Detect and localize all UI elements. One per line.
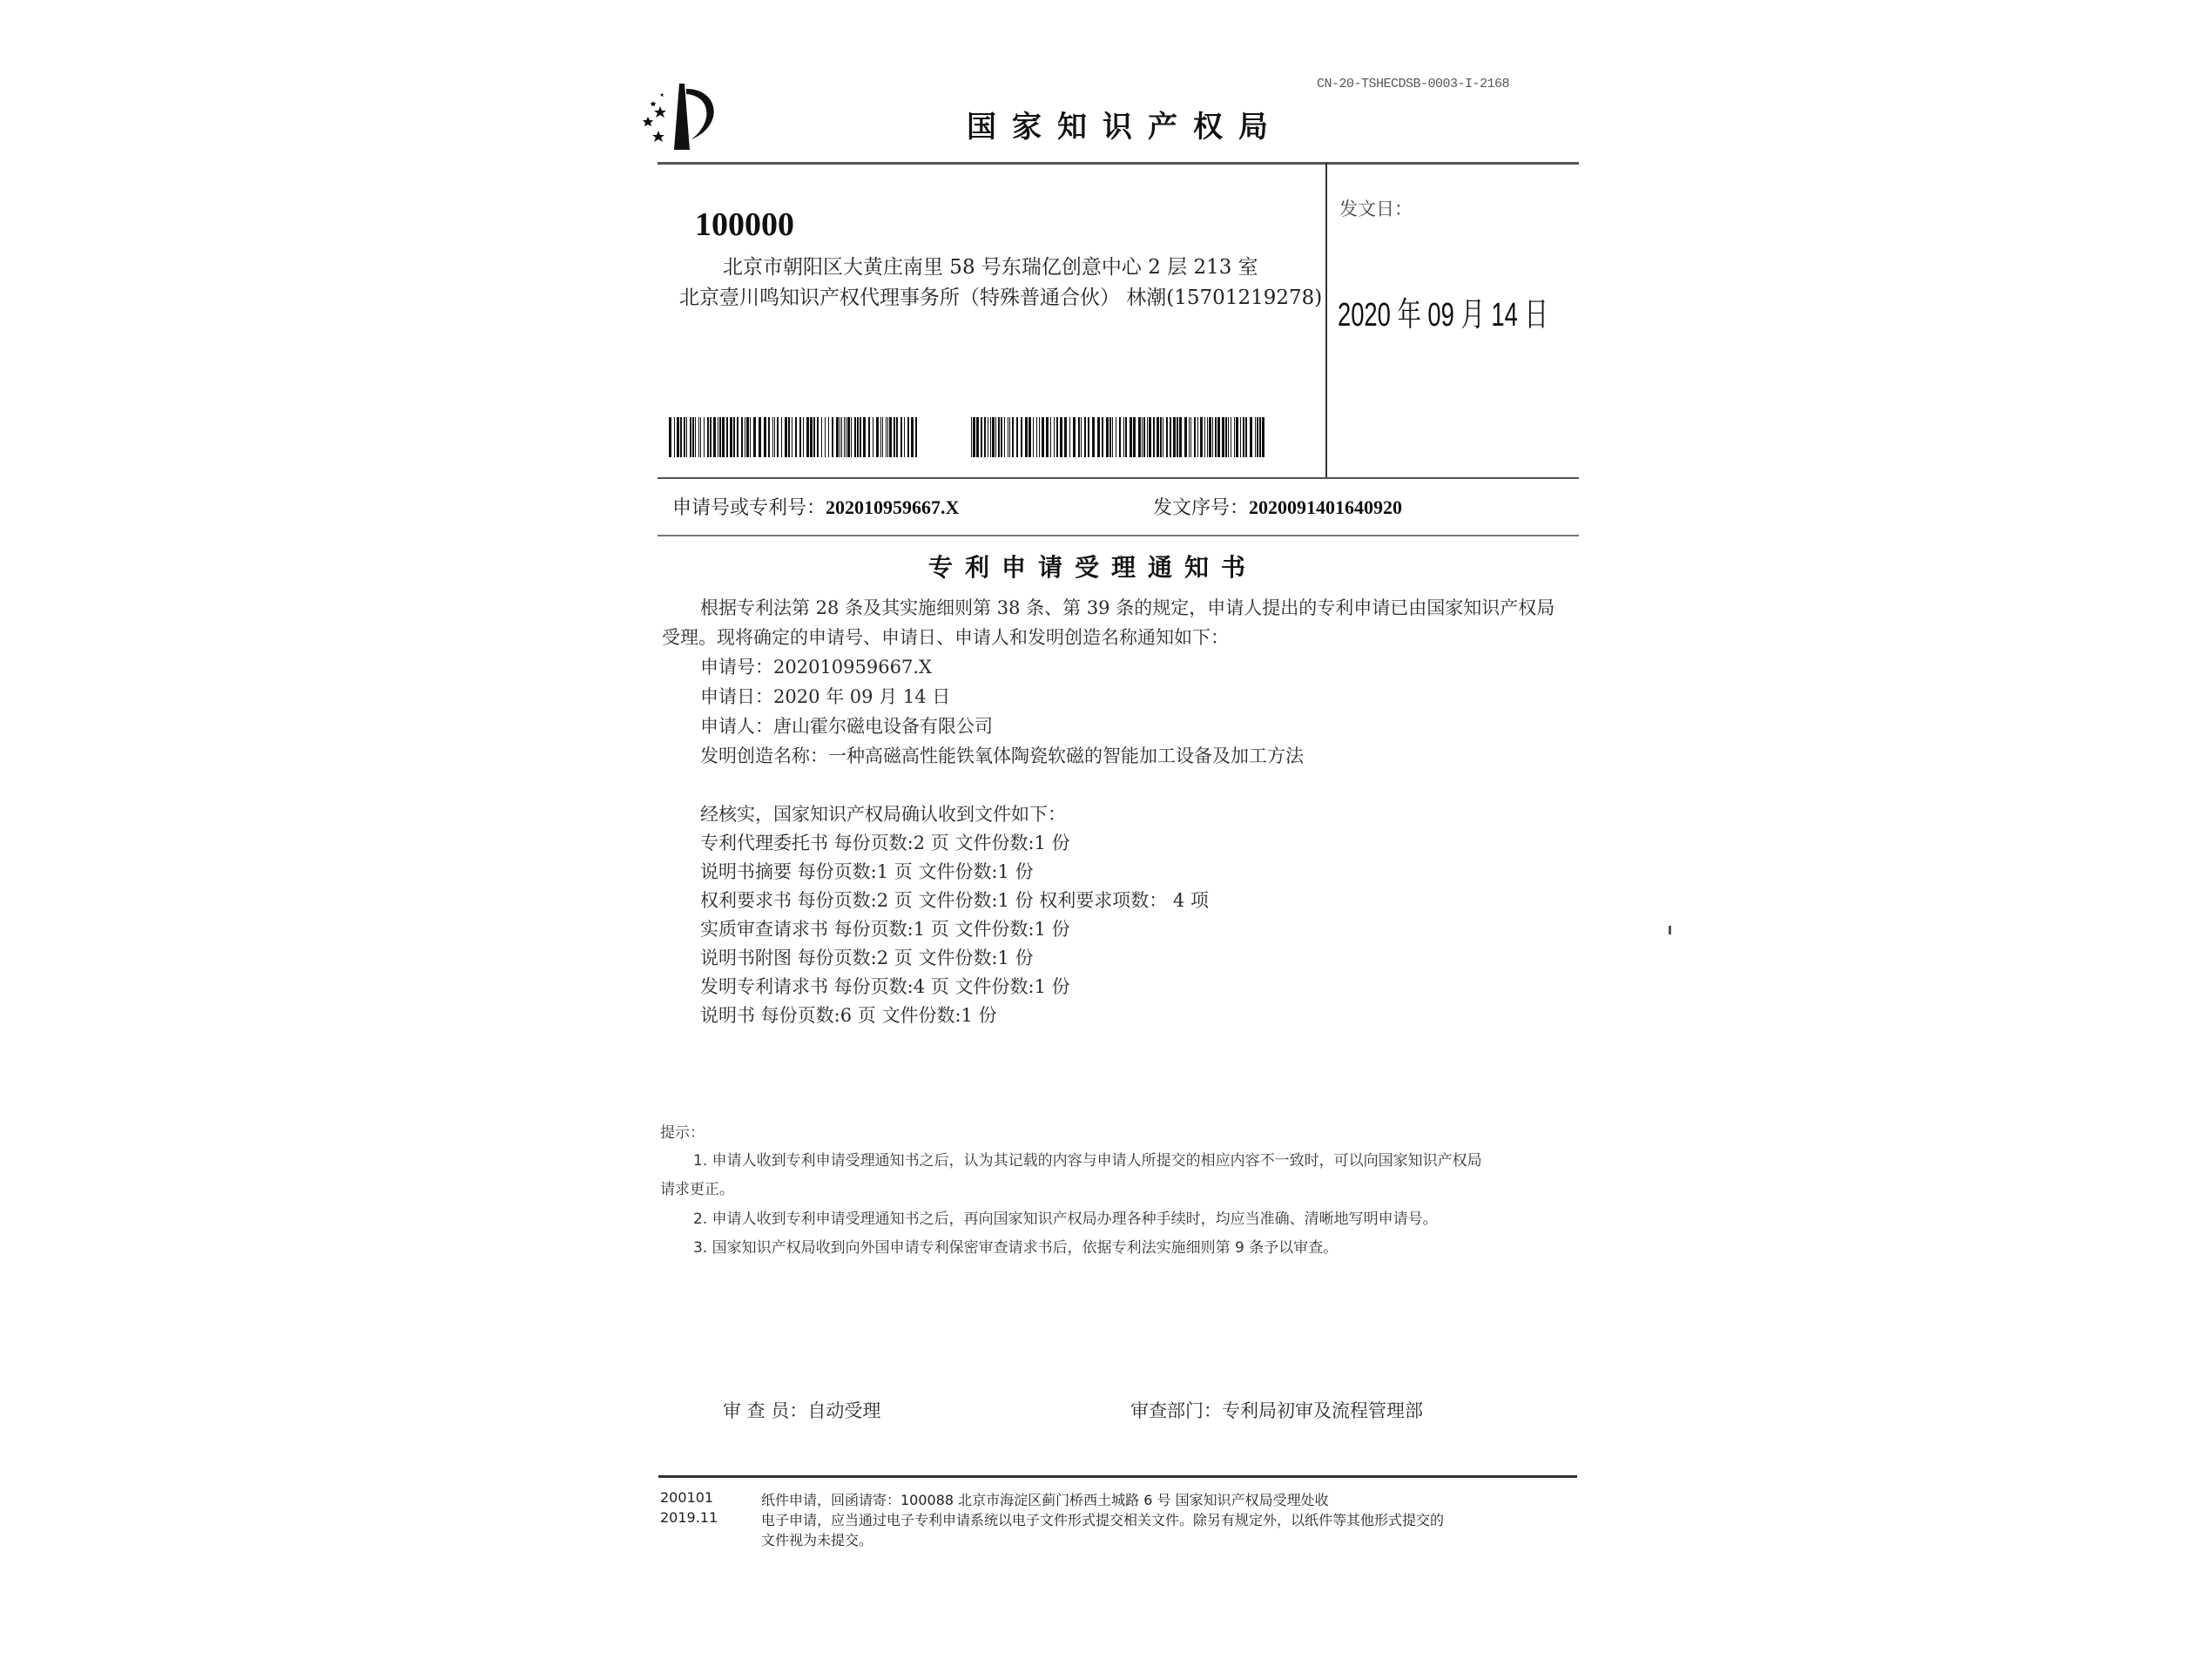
- department: 审查部门：专利局初审及流程管理部: [1130, 1397, 1423, 1423]
- barcode-bar: [1102, 417, 1103, 457]
- barcode-bar: [863, 417, 866, 457]
- barcode-bar: [860, 417, 861, 457]
- barcode-bar: [1016, 417, 1018, 457]
- barcode-bar: [1088, 417, 1089, 457]
- barcode-bar: [759, 417, 761, 457]
- barcode-bar: [746, 417, 749, 457]
- barcode-bar: [1262, 417, 1264, 457]
- barcode-bar: [698, 417, 699, 457]
- barcode-bar: [1036, 417, 1037, 457]
- top-rule: [658, 162, 1579, 165]
- barcode-bar: [1250, 417, 1252, 457]
- barcode-bar: [992, 417, 995, 457]
- document-item: 实质审查请求书 每份页数:1 页 文件份数:1 份: [700, 915, 1070, 941]
- issue-date-label: 发文日：: [1339, 195, 1413, 221]
- notice-paragraph-line-1: 根据专利法第 28 条及其实施细则第 38 条、第 39 条的规定，申请人提出的…: [700, 594, 1554, 620]
- barcode-bar: [857, 417, 859, 457]
- barcode-bar: [847, 417, 850, 457]
- barcode-bar: [1149, 417, 1151, 457]
- cnipa-logo-icon: [641, 82, 725, 153]
- barcode-bar: [792, 417, 792, 457]
- hint-3: 3. 国家知识产权局收到向外国申请专利保密审查请求书后，依据专利法实施细则第 9…: [693, 1235, 1338, 1257]
- barcode-bar: [700, 417, 701, 457]
- examiner-label: 审 查 员：: [723, 1400, 807, 1421]
- barcode-bar: [988, 417, 988, 457]
- barcode-postcode: [669, 417, 920, 457]
- document-code: CN-20-TSHECDSB-0003-I-2168: [1317, 77, 1509, 91]
- barcode-bar: [873, 417, 873, 457]
- barcode-bar: [722, 417, 725, 457]
- barcode-bar: [799, 417, 801, 457]
- scan-mark: [1669, 926, 1671, 934]
- document-item: 发明专利请求书 每份页数:4 页 文件份数:1 份: [700, 973, 1070, 999]
- barcode-bar: [745, 417, 745, 457]
- barcode-bar: [1112, 417, 1113, 457]
- barcode-bar: [1092, 417, 1095, 457]
- barcode-bar: [817, 417, 819, 457]
- barcode-bar: [828, 417, 829, 457]
- barcode-bar: [1184, 417, 1187, 457]
- form-version: 2019.11: [660, 1509, 718, 1526]
- barcode-bar: [718, 417, 718, 457]
- department-value: 专利局初审及流程管理部: [1222, 1400, 1423, 1421]
- document-item: 说明书附图 每份页数:2 页 文件份数:1 份: [700, 944, 1034, 970]
- barcode-bar: [911, 417, 914, 457]
- barcode-bar: [1142, 417, 1143, 457]
- hints-title: 提示：: [660, 1120, 705, 1142]
- barcode-bar: [1200, 417, 1203, 457]
- document-item: 说明书 每份页数:6 页 文件份数:1 份: [700, 1001, 997, 1028]
- department-label: 审查部门：: [1130, 1400, 1222, 1421]
- document-item: 说明书摘要 每份页数:1 页 文件份数:1 份: [700, 858, 1034, 884]
- barcode-bar: [1056, 417, 1058, 457]
- barcode-bar: [1179, 417, 1182, 457]
- mid-rule-2: [658, 535, 1579, 536]
- field-application-number: 申请号：202010959667.X: [700, 653, 932, 679]
- barcode-bar: [1190, 417, 1191, 457]
- field-label: 申请号：: [700, 657, 773, 678]
- barcode-bar: [777, 417, 779, 457]
- barcode-bar: [1255, 417, 1256, 457]
- barcode-bar: [772, 417, 773, 457]
- barcode-bar: [900, 417, 902, 457]
- barcode-bar: [984, 417, 986, 457]
- barcode-bar: [1153, 417, 1155, 457]
- barcode-bar: [886, 417, 887, 457]
- barcode-bar: [750, 417, 751, 457]
- barcode-bar: [1025, 417, 1028, 457]
- barcode-bar: [733, 417, 735, 457]
- barcode-bar: [684, 417, 685, 457]
- barcode-bar: [1234, 417, 1235, 457]
- barcode-bar: [795, 417, 797, 457]
- field-label: 申请日：: [700, 686, 773, 707]
- barcode-bar: [971, 417, 972, 457]
- barcode-bar: [680, 417, 682, 457]
- barcode-bar: [686, 417, 687, 457]
- barcode-bar: [1097, 417, 1100, 457]
- barcode-bar: [1197, 417, 1198, 457]
- barcode-bar: [669, 417, 671, 457]
- barcode-bar: [1231, 417, 1231, 457]
- barcode-bar: [825, 417, 826, 457]
- barcode-bar: [1257, 417, 1258, 457]
- footer-line-1: 纸件申请，回函请寄：100088 北京市海淀区蓟门桥西土城路 6 号 国家知识产…: [761, 1489, 1329, 1509]
- barcode-bar: [841, 417, 842, 457]
- mid-rule-1: [658, 477, 1579, 479]
- footer-line-3: 文件视为未提交。: [761, 1529, 873, 1549]
- barcode-bar: [1008, 417, 1008, 457]
- barcode-bar: [846, 417, 846, 457]
- barcode-bar: [851, 417, 852, 457]
- barcode-bar: [876, 417, 879, 457]
- barcode-bar: [1157, 417, 1159, 457]
- field-label: 发明创造名称：: [700, 745, 828, 766]
- application-number-label: 申请号或专利号：: [672, 497, 826, 519]
- barcode-bar: [1064, 417, 1067, 457]
- barcode-bar: [810, 417, 813, 457]
- header-divider: [1325, 163, 1327, 478]
- barcode-bar: [1060, 417, 1062, 457]
- barcode-bar: [1138, 417, 1141, 457]
- footer-line-2: 电子申请，应当通过电子专利申请系统以电子文件形式提交相关文件。除另有规定外，以纸…: [761, 1509, 1444, 1529]
- barcode-bar: [1084, 417, 1086, 457]
- barcode-bar: [1028, 417, 1031, 457]
- barcode-bar: [1245, 417, 1247, 457]
- hint-1-line-2: 请求更正。: [660, 1177, 734, 1198]
- barcode-bar: [692, 417, 694, 457]
- barcode-bar: [1009, 417, 1010, 457]
- barcode-bar: [1207, 417, 1208, 457]
- hint-2: 2. 申请人收到专利申请受理通知书之后，再向国家知识产权局办理各种手续时，均应当…: [693, 1206, 1438, 1228]
- barcode-bar: [973, 417, 975, 457]
- barcode-bar: [1189, 417, 1190, 457]
- barcode-bar: [1236, 417, 1238, 457]
- barcode-bar: [887, 417, 888, 457]
- barcode-bar: [1050, 417, 1051, 457]
- barcode-bar: [719, 417, 721, 457]
- barcode-bar: [907, 417, 909, 457]
- barcode-bar: [1243, 417, 1244, 457]
- barcode-bar: [1130, 417, 1132, 457]
- notice-paragraph-line-2: 受理。现将确定的申请号、申请日、申请人和发明创造名称通知如下：: [662, 624, 1229, 650]
- barcode-bar: [781, 417, 782, 457]
- barcode-bar: [764, 417, 766, 457]
- barcode-bar: [882, 417, 883, 457]
- barcode-bar: [695, 417, 696, 457]
- barcode-bar: [1012, 417, 1014, 457]
- barcode-bar: [741, 417, 743, 457]
- barcode-bar: [713, 417, 716, 457]
- serial-number-label: 发文序号：: [1153, 497, 1249, 519]
- recipient-address: 北京市朝阳区大黄庄南里 58 号东瑞亿创意中心 2 层 213 室: [723, 251, 1258, 280]
- barcode-bar: [1160, 417, 1162, 457]
- application-number: 202010959667.X: [826, 496, 959, 518]
- barcode-bar: [730, 417, 732, 457]
- barcode-bar: [1173, 417, 1176, 457]
- barcode-bar: [677, 417, 679, 457]
- barcode-bar: [1194, 417, 1196, 457]
- barcode-bar: [1046, 417, 1049, 457]
- barcode-bar: [707, 417, 709, 457]
- barcode-bar: [1204, 417, 1205, 457]
- barcode-bar: [1170, 417, 1171, 457]
- barcode-bar: [976, 417, 979, 457]
- barcode-bar: [998, 417, 1000, 457]
- barcode-bar: [832, 417, 833, 457]
- document-item: 权利要求书 每份页数:2 页 文件份数:1 份 权利要求项数： 4 项: [700, 887, 1209, 913]
- barcode-bar: [840, 417, 841, 457]
- barcode-bar: [1166, 417, 1168, 457]
- barcode-bar: [737, 417, 738, 457]
- barcode-bar: [1001, 417, 1002, 457]
- recipient-agency: 北京壹川鸣知识产权代理事务所（特殊普通合伙） 林潮(15701219278): [679, 281, 1322, 310]
- barcode-bar: [1004, 417, 1005, 457]
- issue-date: 2020 年 09 月 14 日: [1338, 287, 1548, 335]
- field-invention-title: 发明创造名称：一种高磁高性能铁氧体陶瓷软磁的智能加工设备及加工方法: [700, 742, 1304, 768]
- field-value: 2020 年 09 月 14 日: [773, 686, 950, 707]
- hint-1-line-1: 1. 申请人收到专利申请受理通知书之后，认为其记载的内容与申请人所提交的相应内容…: [693, 1148, 1482, 1170]
- barcode-bar: [1222, 417, 1224, 457]
- barcode-bar: [803, 417, 804, 457]
- barcode-bar: [813, 417, 815, 457]
- serial-number: 2020091401640920: [1249, 496, 1402, 518]
- barcode-bar: [1163, 417, 1163, 457]
- barcode-bar: [1116, 417, 1116, 457]
- barcode-bar: [880, 417, 881, 457]
- barcode-bar: [990, 417, 991, 457]
- barcode-bar: [1039, 417, 1040, 457]
- barcode-bar: [1133, 417, 1136, 457]
- barcode-bar: [768, 417, 770, 457]
- barcode-bar: [1109, 417, 1111, 457]
- barcode-bar: [1073, 417, 1076, 457]
- field-value: 一种高磁高性能铁氧体陶瓷软磁的智能加工设备及加工方法: [828, 745, 1304, 766]
- barcode-bar: [1069, 417, 1070, 457]
- barcode-bar: [806, 417, 809, 457]
- examiner: 审 查 员：自动受理: [723, 1397, 880, 1423]
- document-item: 专利代理委托书 每份页数:2 页 文件份数:1 份: [700, 829, 1070, 855]
- form-code: 200101: [660, 1489, 713, 1506]
- barcode-bar: [1259, 417, 1261, 457]
- barcode-bar: [774, 417, 775, 457]
- barcode-bar: [1033, 417, 1034, 457]
- barcode-bar: [1240, 417, 1241, 457]
- field-application-date: 申请日：2020 年 09 月 14 日: [700, 683, 950, 709]
- barcode-bar: [1125, 417, 1127, 457]
- field-value: 202010959667.X: [773, 657, 932, 678]
- field-applicant: 申请人：唐山霍尔磁电设备有限公司: [700, 712, 993, 738]
- barcode-bar: [726, 417, 728, 457]
- barcode-bar: [1177, 417, 1178, 457]
- barcode-bar: [915, 417, 917, 457]
- barcode-bar: [889, 417, 892, 457]
- barcode-bar: [1209, 417, 1211, 457]
- barcode-bar: [674, 417, 675, 457]
- recipient-postcode: 100000: [695, 206, 794, 244]
- barcode-bar: [836, 417, 839, 457]
- barcode-bar: [1119, 417, 1121, 457]
- barcode-bar: [844, 417, 845, 457]
- barcode-bar: [1106, 417, 1109, 457]
- application-number-row: 申请号或专利号：202010959667.X: [672, 493, 959, 520]
- barcode-serial: [971, 417, 1267, 457]
- barcode-bar: [710, 417, 711, 457]
- barcode-bar: [704, 417, 705, 457]
- notice-title: 专利申请受理通知书: [928, 549, 1258, 583]
- barcode-bar: [785, 417, 787, 457]
- footer-rule: [658, 1475, 1577, 1478]
- barcode-bar: [995, 417, 996, 457]
- barcode-bar: [753, 417, 756, 457]
- barcode-bar: [821, 417, 822, 457]
- barcode-bar: [904, 417, 905, 457]
- agency-name: 国家知识产权局: [967, 103, 1284, 145]
- barcode-bar: [1078, 417, 1080, 457]
- barcode-bar: [1217, 417, 1220, 457]
- barcode-bar: [1215, 417, 1217, 457]
- barcode-bar: [981, 417, 982, 457]
- examiner-value: 自动受理: [807, 1400, 880, 1421]
- barcode-bar: [1225, 417, 1227, 457]
- barcode-bar: [788, 417, 790, 457]
- field-value: 唐山霍尔磁电设备有限公司: [773, 716, 993, 737]
- barcode-bar: [1123, 417, 1124, 457]
- barcode-bar: [1042, 417, 1044, 457]
- barcode-bar: [868, 417, 870, 457]
- barcode-bar: [1143, 417, 1145, 457]
- barcode-bar: [1054, 417, 1055, 457]
- barcode-bar: [896, 417, 898, 457]
- field-label: 申请人：: [700, 716, 773, 737]
- barcode-bar: [1021, 417, 1022, 457]
- barcode-bar: [690, 417, 691, 457]
- barcode-bar: [1228, 417, 1229, 457]
- barcode-bar: [854, 417, 856, 457]
- barcode-bar: [1081, 417, 1082, 457]
- received-intro: 经核实，国家知识产权局确认收到文件如下：: [700, 800, 1066, 826]
- barcode-bar: [1212, 417, 1213, 457]
- serial-number-row: 发文序号：2020091401640920: [1153, 493, 1402, 520]
- barcode-bar: [894, 417, 895, 457]
- barcode-bar: [1147, 417, 1149, 457]
